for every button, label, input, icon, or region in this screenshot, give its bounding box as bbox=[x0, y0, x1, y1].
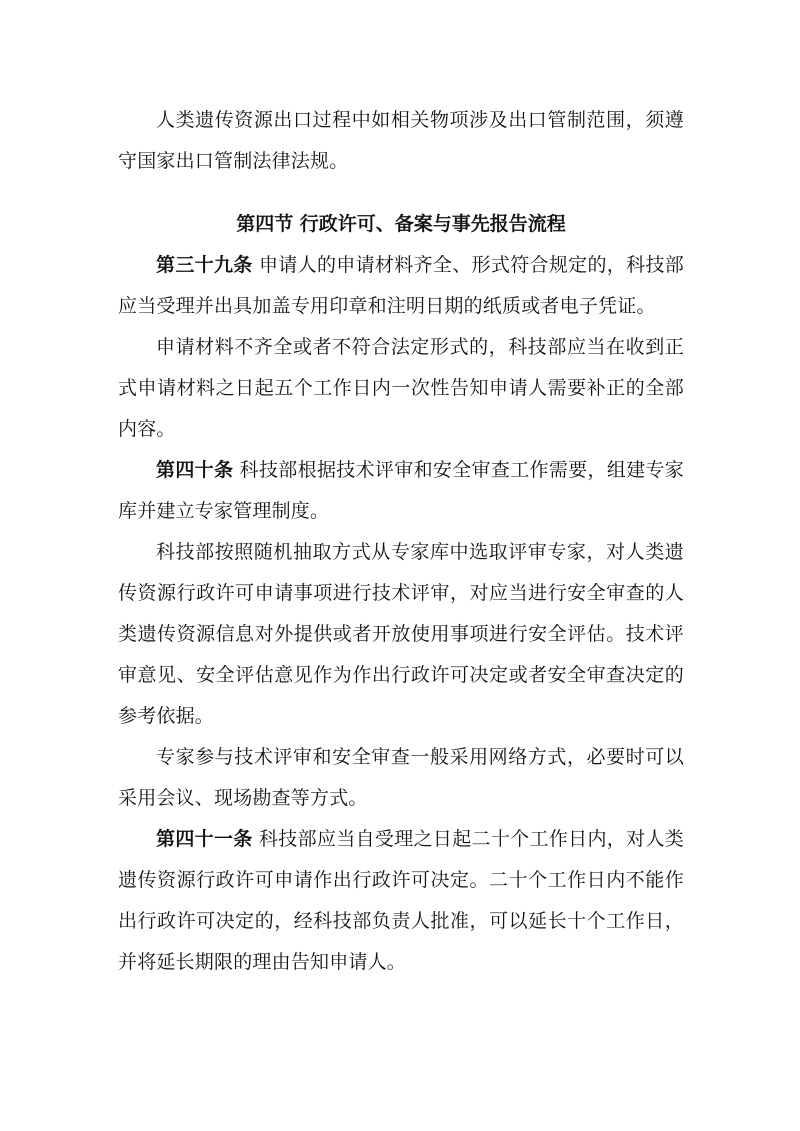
article-number: 第三十九条 bbox=[156, 254, 253, 276]
article-39-paragraph: 第三十九条 申请人的申请材料齐全、形式符合规定的，科技部应当受理并出具加盖专用印… bbox=[118, 245, 684, 327]
article-41-paragraph: 第四十一条 科技部应当自受理之日起二十个工作日内，对人类遗传资源行政许可申请作出… bbox=[118, 819, 684, 983]
paragraph-text: 专家参与技术评审和安全审查一般采用网络方式，必要时可以采用会议、现场勘查等方式。 bbox=[118, 746, 684, 809]
paragraph-text: 科技部按照随机抽取方式从专家库中选取评审专家，对人类遗传资源行政许可申请事项进行… bbox=[118, 541, 684, 727]
article-40-paragraph: 第四十条 科技部根据技术评审和安全审查工作需要，组建专家库并建立专家管理制度。 bbox=[118, 450, 684, 532]
article-number: 第四十条 bbox=[156, 459, 233, 481]
paragraph-export-control: 人类遗传资源出口过程中如相关物项涉及出口管制范围，须遵守国家出口管制法律法规。 bbox=[118, 100, 684, 182]
paragraph-text: 申请材料不齐全或者不符合法定形式的，科技部应当在收到正式申请材料之日起五个工作日… bbox=[118, 336, 684, 440]
section-title: 第四节 行政许可、备案与事先报告流程 bbox=[118, 204, 684, 245]
paragraph-text: 人类遗传资源出口过程中如相关物项涉及出口管制范围，须遵守国家出口管制法律法规。 bbox=[118, 109, 684, 172]
document-page: 人类遗传资源出口过程中如相关物项涉及出口管制范围，须遵守国家出口管制法律法规。 … bbox=[118, 100, 684, 983]
article-number: 第四十一条 bbox=[156, 828, 253, 850]
article-40-paragraph-3: 专家参与技术评审和安全审查一般采用网络方式，必要时可以采用会议、现场勘查等方式。 bbox=[118, 737, 684, 819]
article-40-paragraph-2: 科技部按照随机抽取方式从专家库中选取评审专家，对人类遗传资源行政许可申请事项进行… bbox=[118, 532, 684, 737]
article-39-paragraph-2: 申请材料不齐全或者不符合法定形式的，科技部应当在收到正式申请材料之日起五个工作日… bbox=[118, 327, 684, 450]
